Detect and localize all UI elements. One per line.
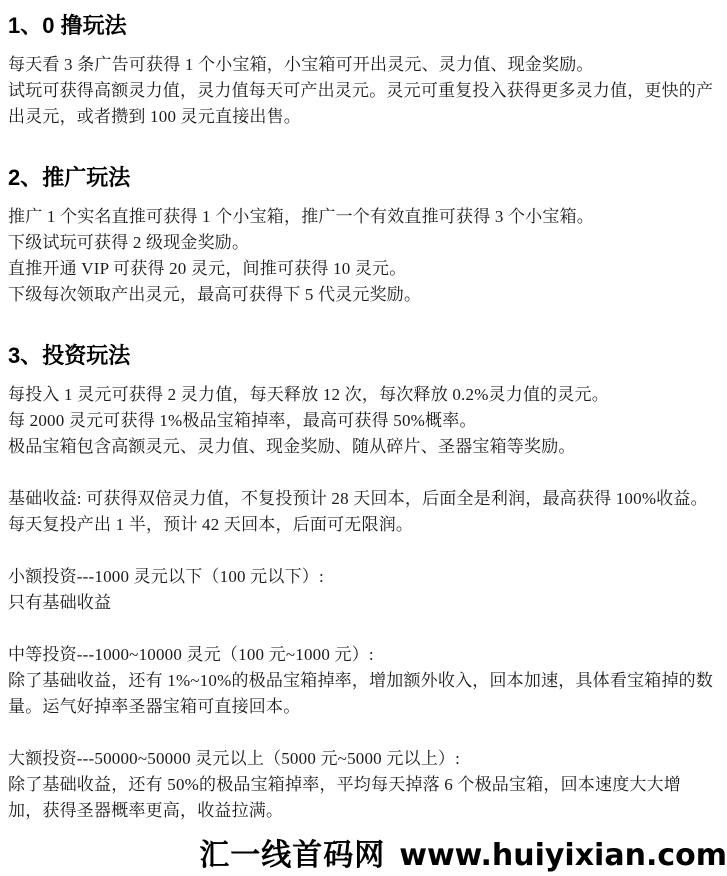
document-body: 1、0 撸玩法 每天看 3 条广告可获得 1 个小宝箱，小宝箱可开出灵元、灵力值… [0,0,727,824]
text-line: 每天复投产出 1 半，预计 42 天回本，后面可无限润。 [8,512,715,538]
text-line: 推广 1 个实名直推可获得 1 个小宝箱，推广一个有效直推可获得 3 个小宝箱。 [8,204,715,230]
section-zero-cost-play: 1、0 撸玩法 每天看 3 条广告可获得 1 个小宝箱，小宝箱可开出灵元、灵力值… [8,12,715,130]
text-line: 小额投资---1000 灵元以下（100 元以下）: [8,564,715,590]
text-line: 中等投资---1000~10000 灵元（100 元~1000 元）: [8,642,715,668]
paragraph-block-large-investment: 大额投资---50000~50000 灵元以上（5000 元~5000 元以上）… [8,746,715,824]
paragraph-block-base-income: 基础收益: 可获得双倍灵力值，不复投预计 28 天回本，后面全是利润，最高获得 … [8,486,715,538]
text-line: 直推开通 VIP 可获得 20 灵元，间推可获得 10 灵元。 [8,256,715,282]
text-line: 只有基础收益 [8,590,715,616]
text-line: 下级每次领取产出灵元，最高可获得下 5 代灵元奖励。 [8,282,715,308]
section-heading: 3、投资玩法 [8,342,715,370]
text-line: 除了基础收益，还有 50%的极品宝箱掉率，平均每天掉落 6 个极品宝箱，回本速度… [8,772,715,824]
text-line: 每 2000 灵元可获得 1%极品宝箱掉率，最高可获得 50%概率。 [8,408,715,434]
paragraph-block-medium-investment: 中等投资---1000~10000 灵元（100 元~1000 元）: 除了基础… [8,642,715,720]
text-line: 试玩可获得高额灵力值，灵力值每天可产出灵元。灵元可重复投入获得更多灵力值，更快的… [8,78,715,130]
paragraph-block: 每天看 3 条广告可获得 1 个小宝箱，小宝箱可开出灵元、灵力值、现金奖励。 试… [8,52,715,130]
text-line: 每天看 3 条广告可获得 1 个小宝箱，小宝箱可开出灵元、灵力值、现金奖励。 [8,52,715,78]
text-line: 除了基础收益，还有 1%~10%的极品宝箱掉率，增加额外收入，回本加速，具体看宝… [8,668,715,720]
paragraph-block: 推广 1 个实名直推可获得 1 个小宝箱，推广一个有效直推可获得 3 个小宝箱。… [8,204,715,308]
text-line: 大额投资---50000~50000 灵元以上（5000 元~5000 元以上）… [8,746,715,772]
paragraph-block: 每投入 1 灵元可获得 2 灵力值，每天释放 12 次，每次释放 0.2%灵力值… [8,382,715,460]
watermark: 汇一线首码网www.huiyixian.com [199,830,727,874]
section-heading: 2、推广玩法 [8,164,715,192]
text-line: 每投入 1 灵元可获得 2 灵力值，每天释放 12 次，每次释放 0.2%灵力值… [8,382,715,408]
section-heading: 1、0 撸玩法 [8,12,715,40]
text-line: 基础收益: 可获得双倍灵力值，不复投预计 28 天回本，后面全是利润，最高获得 … [8,486,715,512]
watermark-url: www.huiyixian.com [399,838,727,873]
paragraph-block-small-investment: 小额投资---1000 灵元以下（100 元以下）: 只有基础收益 [8,564,715,616]
section-promotion-play: 2、推广玩法 推广 1 个实名直推可获得 1 个小宝箱，推广一个有效直推可获得 … [8,164,715,308]
text-line: 下级试玩可获得 2 级现金奖励。 [8,230,715,256]
watermark-site-name: 汇一线首码网 [199,838,385,873]
section-investment-play: 3、投资玩法 每投入 1 灵元可获得 2 灵力值，每天释放 12 次，每次释放 … [8,342,715,824]
text-line: 极品宝箱包含高额灵元、灵力值、现金奖励、随从碎片、圣器宝箱等奖励。 [8,434,715,460]
